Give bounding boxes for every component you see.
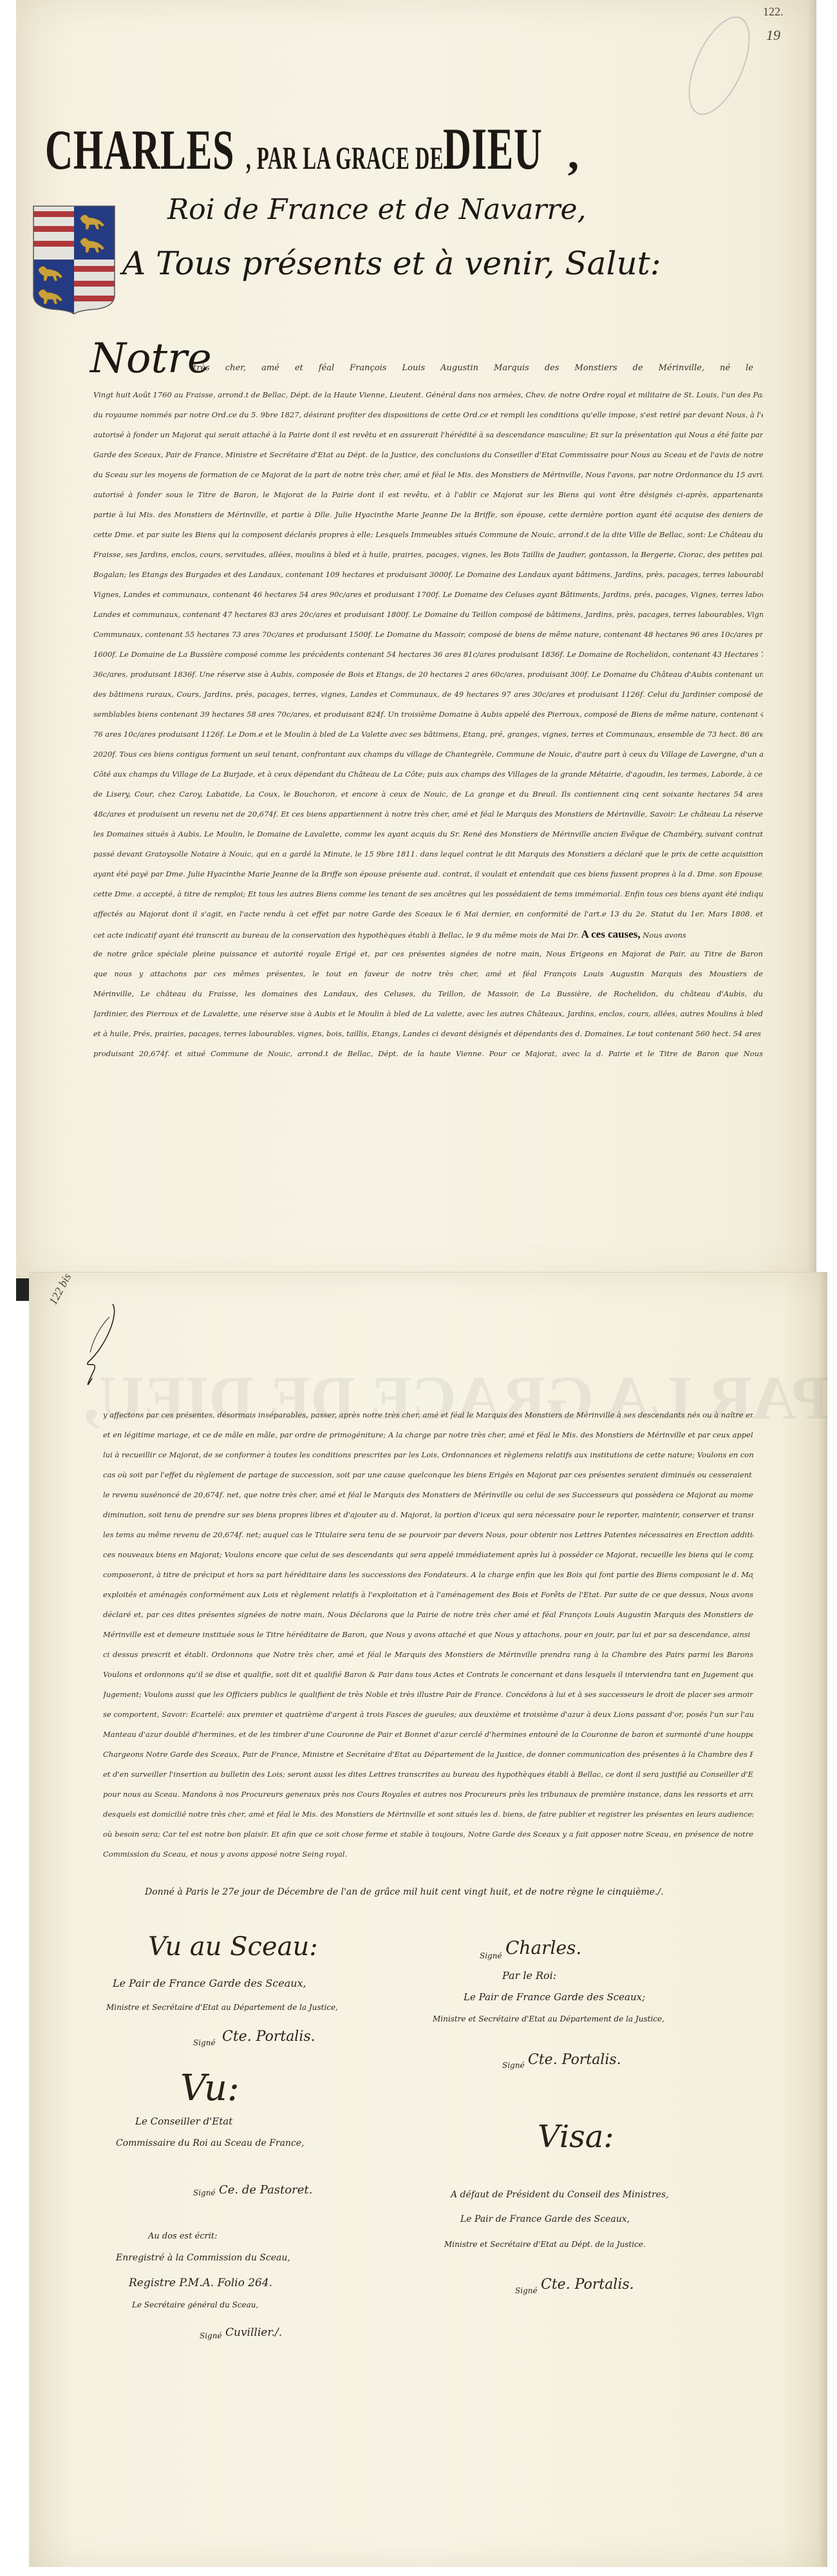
- body-line: le revenu susénoncé de 20,674f. net, que…: [103, 1485, 753, 1505]
- body-line: ci dessus prescrit et établi. Ordonnons …: [103, 1645, 753, 1665]
- body-line: se comportent, Savoir: Ecartelé: aux pre…: [103, 1705, 753, 1725]
- coat-of-arms-icon: [32, 205, 116, 314]
- visa-line1: A défaut de Président du Conseil des Min…: [451, 2190, 669, 2200]
- body-line: les tems au même revenu de 20,674f. net;…: [103, 1525, 753, 1545]
- body-line: desquels est domicilié notre très cher, …: [103, 1804, 753, 1824]
- body-line: autorisé à fonder un Majorat qui serait …: [93, 425, 763, 445]
- body-line: de notre grâce spéciale pleine puissance…: [93, 944, 763, 964]
- body-line: pour nous au Sceau. Mandons à nos Procur…: [103, 1785, 753, 1804]
- folio-subnumber: 19: [766, 27, 780, 44]
- body-line: lui à recueillir ce Majorat, de se confo…: [103, 1445, 753, 1465]
- registration-line1: Au dos est écrit:: [148, 2231, 218, 2241]
- body-line: du Sceau sur les moyens de formation de …: [93, 465, 763, 485]
- signatory-pastoret: Ce. de Pastoret.: [219, 2183, 312, 2197]
- body-line: partie à lui Mis. des Monstiers de Mérin…: [93, 505, 763, 525]
- body-line-first: très cher, amé et féal François Louis Au…: [193, 358, 753, 378]
- body-line: Jugement; Voulons aussi que les Officier…: [103, 1685, 753, 1705]
- signed-label: Signé: [193, 2038, 216, 2047]
- body-line: Mérinville, Le château du Fraisse, les d…: [93, 984, 763, 1004]
- body-line: affectés au Majorat dont il s'agit, en l…: [93, 904, 763, 924]
- body-line: et d'en surveiller l'insertion au bullet…: [103, 1765, 753, 1785]
- body-line: et à huile, Prés, prairies, pacages, ter…: [93, 1024, 763, 1044]
- body-line: Vingt huit Août 1760 au Fraisse, arrond.…: [93, 385, 763, 405]
- title-charles: CHARLES: [45, 118, 234, 183]
- title-comma: ,: [568, 129, 580, 179]
- visa-heading: Visa:: [538, 2119, 614, 2155]
- vu-line1: Le Conseiller d'Etat: [135, 2116, 232, 2127]
- subtitle-roi-de-france: Roi de France et de Navarre,: [167, 193, 586, 226]
- visa-line2: Le Pair de France Garde des Sceaux,: [460, 2214, 630, 2224]
- body-line: et en légitime mariage, et ce de mâle en…: [103, 1425, 753, 1445]
- body-line: de Lisery, Cour, chez Caroy, Labatide, L…: [93, 784, 763, 804]
- body-line: où besoin sera; Car tel est notre bon pl…: [103, 1824, 753, 1844]
- body-line-text: cet acte indicatif ayant été transcrit a…: [93, 931, 579, 940]
- body-line: Mérinville est et demeure instituée sous…: [103, 1625, 753, 1645]
- body-line: que nous y attachons par ces mêmes prése…: [93, 964, 763, 984]
- vu-au-sceau-line1: Le Pair de France Garde des Sceaux,: [113, 1977, 306, 1989]
- body-line: semblables biens contenant 39 hectares 5…: [93, 705, 763, 724]
- body-text-page-2: y affectons par ces présentes, désormais…: [103, 1405, 753, 1864]
- body-line: 1600f. Le Domaine de La Bussière composé…: [93, 645, 763, 665]
- signed-label: Signé: [502, 2061, 525, 2070]
- body-line: des bâtimens ruraux, Cours, Jardins, pré…: [93, 685, 763, 705]
- body-line: composeront, à titre de préciput et hors…: [103, 1565, 753, 1585]
- body-line: 48c/ares et produisent un revenu net de …: [93, 804, 763, 824]
- body-line: produisant 20,674f. et situé Commune de …: [93, 1044, 763, 1064]
- body-line: cet acte indicatif ayant été transcrit a…: [93, 924, 763, 944]
- vu-heading: Vu:: [180, 2067, 240, 2109]
- body-line-text: Nous avons: [641, 931, 686, 940]
- body-line: Manteau d'azur doublé d'hermines, et de …: [103, 1725, 753, 1745]
- body-line: Communaux, contenant 55 hectares 73 ares…: [93, 625, 763, 645]
- body-text-page-1: Vingt huit Août 1760 au Fraisse, arrond.…: [93, 385, 763, 1064]
- body-line: Voulons et ordonnons qu'il se dise et qu…: [103, 1665, 753, 1685]
- body-line: cette Dme. et par suite les Biens qui la…: [93, 525, 763, 545]
- vu-au-sceau-line2: Ministre et Secrétaire d'Etat au Départe…: [106, 2003, 338, 2012]
- body-line: cas où soit par l'effet du règlement de …: [103, 1465, 753, 1485]
- body-line: y affectons par ces présentes, désormais…: [103, 1405, 753, 1425]
- body-line: Vignes, Landes et communaux, contenant 4…: [93, 585, 763, 605]
- body-line: Côté aux champs du Village de La Burjade…: [93, 764, 763, 784]
- signed-label: Signé: [200, 2331, 222, 2340]
- body-line: Garde des Sceaux, Pair de France, Minist…: [93, 445, 763, 465]
- dated-line: Donné à Paris le 27e jour de Décembre de…: [145, 1887, 664, 1897]
- body-line: du royaume nommés par notre Ord.ce du 5.…: [93, 405, 763, 425]
- king-line1: Le Pair de France Garde des Sceaux;: [464, 1991, 645, 2003]
- a-ces-causes-phrase: A ces causes,: [581, 928, 641, 940]
- title-dieu: DIEU: [443, 115, 542, 183]
- folio-number: 122.: [763, 5, 784, 19]
- body-line: 36c/ares, produisant 1836f. Une réserve …: [93, 665, 763, 685]
- body-line: exploités et aménagés conformément aux L…: [103, 1585, 753, 1605]
- signatory-charles: Charles.: [505, 1937, 581, 1958]
- page-edge-shadow: [818, 1273, 827, 2567]
- signatory-cuvillier: Cuvillier./.: [225, 2326, 282, 2339]
- registration-line4: Le Secrétaire général du Sceau,: [132, 2300, 258, 2309]
- vu-au-sceau-heading: Vu au Sceau:: [148, 1932, 318, 1962]
- body-line: 76 ares 10c/ares produisant 1126f. Le Do…: [93, 724, 763, 744]
- signatory-portalis: Cte. Portalis.: [222, 2029, 315, 2045]
- par-le-roi: Par le Roi:: [502, 1969, 556, 1982]
- signed-label: Signé: [193, 2188, 216, 2197]
- body-line: cette Dme. a accepté, à titre de remploi…: [93, 884, 763, 904]
- body-line: déclaré et, par ces dites présentes sign…: [103, 1605, 753, 1625]
- page-edge-shadow: [807, 0, 816, 1283]
- signed-label: Signé: [480, 1951, 502, 1960]
- page-1-corner-shadow: [16, 1278, 30, 1301]
- body-line: passé devant Gratoysolle Notaire à Nouic…: [93, 844, 763, 864]
- title-par-la-grace-de: , PAR LA GRACE DE: [246, 139, 444, 176]
- body-line: diminution, soit tenu de prendre sur ses…: [103, 1505, 753, 1525]
- page-title: CHARLES, PAR LA GRACE DE DIEU,: [45, 115, 792, 183]
- body-line: 2020f. Tous ces biens contigus forment u…: [93, 744, 763, 764]
- registration-line3: Registre P.M.A. Folio 264.: [129, 2277, 272, 2289]
- vu-line2: Commissaire du Roi au Sceau de France,: [116, 2138, 305, 2148]
- body-line: Chargeons Notre Garde des Sceaux, Pair d…: [103, 1745, 753, 1765]
- body-line: Commission du Sceau, et nous y avons app…: [103, 1844, 753, 1864]
- body-line: Jardinier, des Pierroux et de Lavalette,…: [93, 1004, 763, 1024]
- body-line: autorisé à fonder sous le Titre de Baron…: [93, 485, 763, 505]
- body-line: Fraisse, ses Jardins, enclos, cours, ser…: [93, 545, 763, 565]
- paraph-scrawl-icon: [80, 1301, 119, 1391]
- signatory-portalis: Cte. Portalis.: [541, 2277, 634, 2293]
- body-line: très cher, amé et féal François Louis Au…: [193, 358, 753, 378]
- body-line: ayant été payé par Dme. Julie Hyacinthe …: [93, 864, 763, 884]
- body-line: les Domaines situés à Aubis, Le Moulin, …: [93, 824, 763, 844]
- visa-line3: Ministre et Secrétaire d'Etat au Dépt. d…: [444, 2240, 646, 2249]
- king-line2: Ministre et Secrétaire d'Etat au Départe…: [433, 2014, 664, 2023]
- signatory-portalis: Cte. Portalis.: [528, 2052, 621, 2068]
- body-line: Landes et communaux, contenant 47 hectar…: [93, 605, 763, 625]
- body-line: Bogalan; les Etangs des Burgades et des …: [93, 565, 763, 585]
- salutation: A Tous présents et à venir, Salut:: [122, 245, 661, 282]
- body-line: ces nouveaux biens en Majorat; Voulons e…: [103, 1545, 753, 1565]
- signed-label: Signé: [515, 2286, 538, 2295]
- registration-line2: Enregistré à la Commission du Sceau,: [116, 2253, 290, 2263]
